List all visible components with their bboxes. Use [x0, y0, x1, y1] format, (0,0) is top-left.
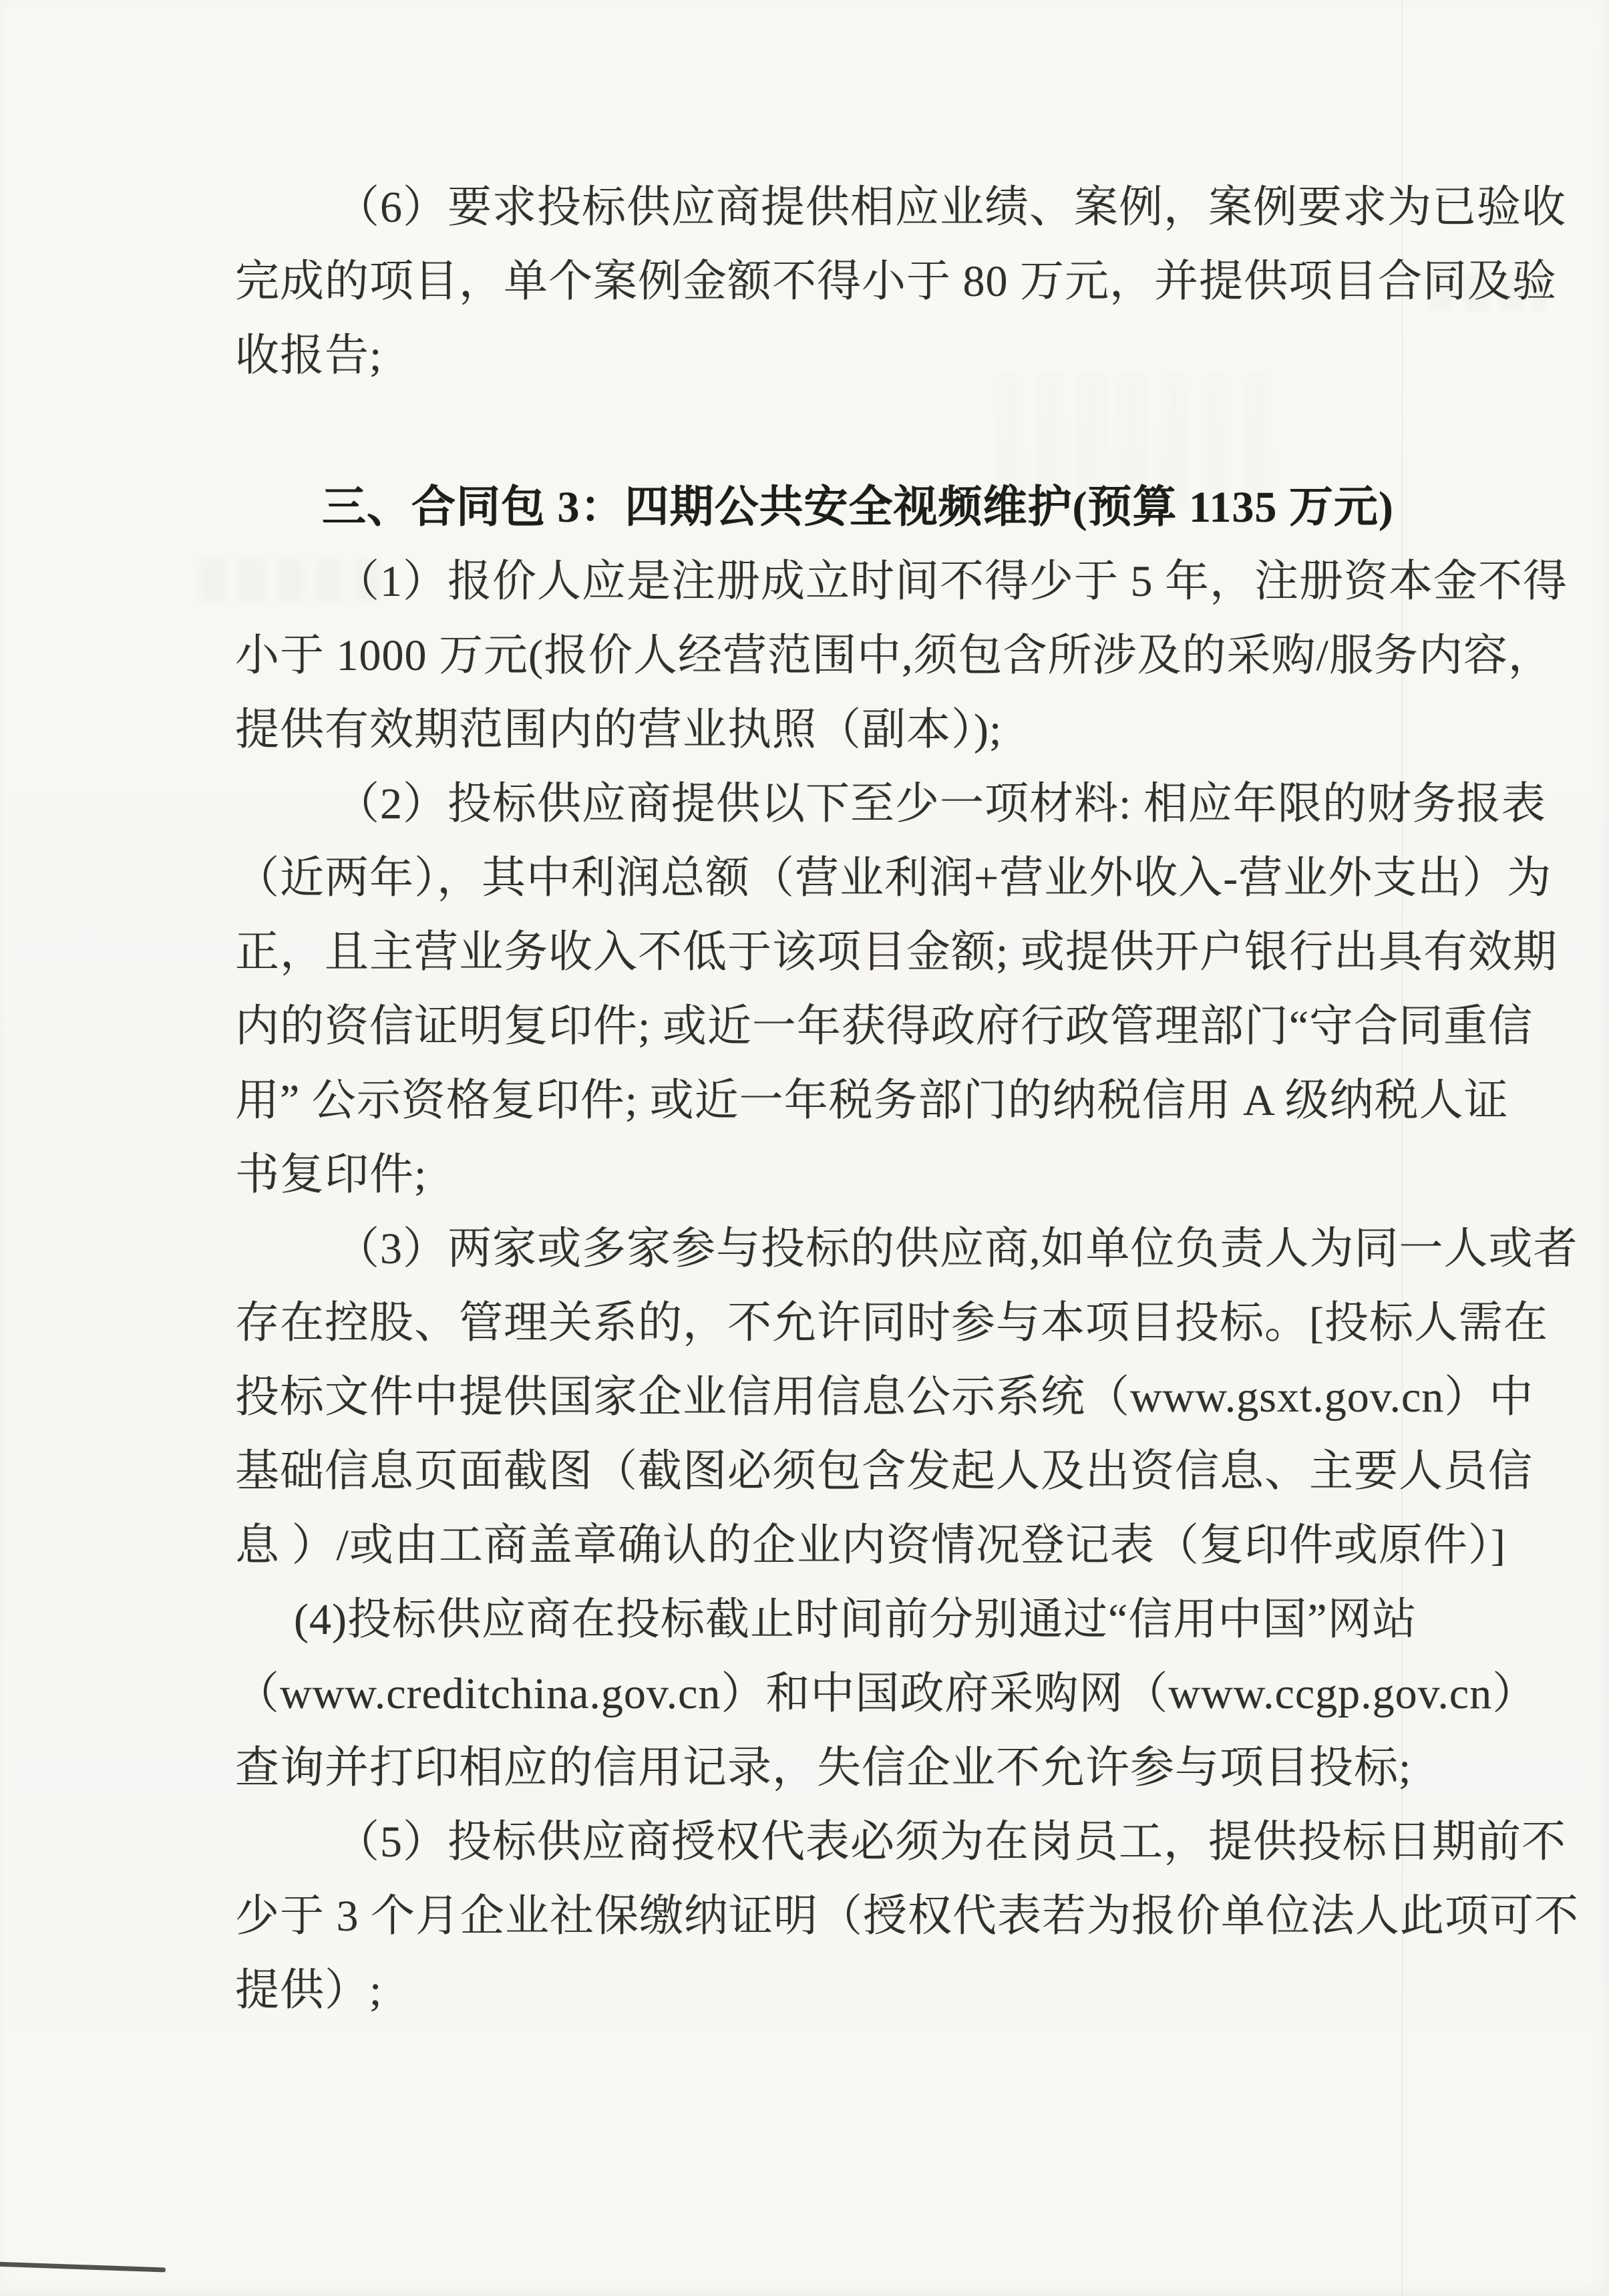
paragraph-2-line-1: （2）投标供应商提供以下至少一项材料: 相应年限的财务报表: [235, 767, 1447, 841]
paragraph-4-line-3: 查询并打印相应的信用记录，失信企业不允许参与项目投标;: [235, 1731, 1447, 1805]
paragraph-1-line-2: 小于 1000 万元(报价人经营范围中,须包含所涉及的采购/服务内容，: [235, 619, 1447, 693]
paragraph-6-line-2: 完成的项目，单个案例金额不得小于 80 万元，并提供项目合同及验: [235, 244, 1447, 319]
section-heading-contract-package-3: 三、合同包 3：四期公共安全视频维护(预算 1135 万元): [235, 470, 1447, 544]
scanned-document-page: （6）要求投标供应商提供相应业绩、案例，案例要求为已验收 完成的项目，单个案例金…: [0, 0, 1609, 2296]
paragraph-1-line-1: （1）报价人应是注册成立时间不得少于 5 年，注册资本金不得: [235, 544, 1447, 619]
paragraph-6-line-3: 收报告;: [235, 319, 1447, 393]
paragraph-5-line-1: （5）投标供应商授权代表必须为在岗员工，提供投标日期前不: [235, 1805, 1447, 1879]
paragraph-4-line-2: （www.creditchina.gov.cn）和中国政府采购网（www.ccg…: [235, 1657, 1447, 1731]
paragraph-2-line-6: 书复印件;: [235, 1138, 1447, 1212]
document-body: （6）要求投标供应商提供相应业绩、案例，案例要求为已验收 完成的项目，单个案例金…: [235, 170, 1447, 2027]
paragraph-6-line-1: （6）要求投标供应商提供相应业绩、案例，案例要求为已验收: [235, 170, 1447, 244]
paragraph-3-line-5: 息 ）/或由工商盖章确认的企业内资情况登记表（复印件或原件）]: [235, 1508, 1447, 1583]
scan-corner-line-artifact: [0, 2261, 166, 2272]
paragraph-2-line-3: 正，且主营业务收入不低于该项目金额; 或提供开户银行出具有效期: [235, 915, 1447, 989]
paragraph-2-line-5: 用” 公示资格复印件; 或近一年税务部门的纳税信用 A 级纳税人证: [235, 1063, 1447, 1138]
paragraph-1-line-3: 提供有效期范围内的营业执照（副本）);: [235, 693, 1447, 767]
paragraph-2-line-2: （近两年），其中利润总额（营业利润+营业外收入-营业外支出）为: [235, 841, 1447, 915]
paragraph-3-line-2: 存在控股、管理关系的，不允许同时参与本项目投标。[投标人需在: [235, 1286, 1447, 1360]
paragraph-5-line-3: 提供）;: [235, 1953, 1447, 2027]
paragraph-2-line-4: 内的资信证明复印件; 或近一年获得政府行政管理部门“守合同重信: [235, 989, 1447, 1063]
paragraph-3-line-3: 投标文件中提供国家企业信用信息公示系统（www.gsxt.gov.cn）中: [235, 1360, 1447, 1434]
paragraph-4-line-1: (4)投标供应商在投标截止时间前分别通过“信用中国”网站: [235, 1583, 1447, 1657]
paragraph-5-line-2: 少于 3 个月企业社保缴纳证明（授权代表若为报价单位法人此项可不: [235, 1879, 1447, 1953]
paragraph-3-line-1: （3）两家或多家参与投标的供应商,如单位负责人为同一人或者: [235, 1212, 1447, 1286]
paragraph-3-line-4: 基础信息页面截图（截图必须包含发起人及出资信息、主要人员信: [235, 1434, 1447, 1508]
